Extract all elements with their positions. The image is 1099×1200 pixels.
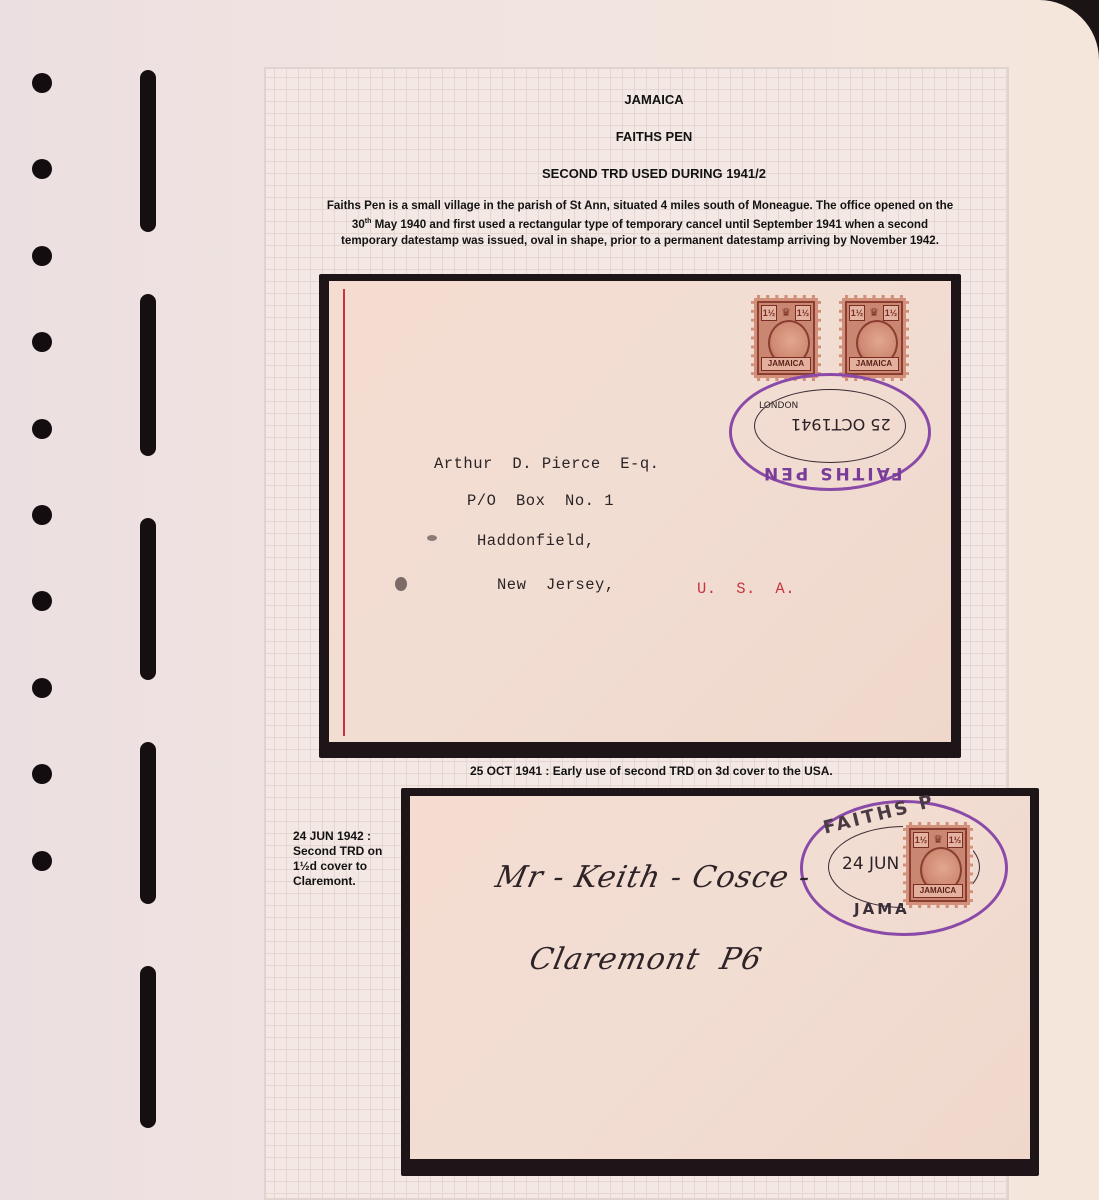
binder-hole — [32, 159, 52, 179]
album-page: JAMAICA FAITHS PEN SECOND TRD USED DURIN… — [0, 0, 1099, 1200]
stamp-value: 1½ — [947, 832, 963, 848]
cover1-postmark-date: 25 OCT1941 — [791, 415, 891, 434]
crown-icon: ♛ — [869, 306, 879, 319]
stamp-value: 1½ — [795, 305, 811, 321]
cover1-country: U. S. A. — [697, 580, 795, 598]
cover2-address-line: Mr - Keith - Cosce - — [492, 860, 814, 895]
cover1-envelope: 1½ 1½ ♛ JAMAICA 1½ 1½ ♛ JAMAICA LONDON 2… — [329, 281, 951, 742]
section-heading: SECOND TRD USED DURING 1941/2 — [264, 166, 1044, 181]
stamp-value: 1½ — [849, 305, 865, 321]
cover2-address-line: Claremont P6 — [526, 942, 765, 977]
binder-hole — [32, 851, 52, 871]
binder-hole — [32, 419, 52, 439]
binder-hole — [32, 73, 52, 93]
stamp-country: JAMAICA — [761, 357, 811, 371]
cover1-postmark-inner-text: LONDON — [759, 401, 798, 411]
stamp-value: 1½ — [913, 832, 929, 848]
binder-hole — [32, 246, 52, 266]
cover1-address-line: New Jersey, — [497, 576, 615, 594]
binder-hole — [32, 332, 52, 352]
cover1-red-margin-line — [343, 289, 345, 736]
intro-paragraph: Faiths Pen is a small village in the par… — [325, 198, 955, 249]
cover1-address-line: Arthur D. Pierce E-q. — [434, 455, 659, 473]
binder-hole — [32, 764, 52, 784]
ink-smudge — [395, 577, 407, 591]
cover1-stamp-1: 1½ 1½ ♛ JAMAICA — [751, 295, 821, 381]
stamp-country: JAMAICA — [913, 884, 963, 898]
cover1-address-line: Haddonfield, — [477, 532, 595, 550]
binder-slot — [140, 70, 156, 232]
intro-text-2: May 1940 and first used a rectangular ty… — [341, 218, 939, 247]
cover2-side-caption: 24 JUN 1942 : Second TRD on 1½d cover to… — [293, 829, 403, 889]
stamp-country: JAMAICA — [849, 357, 899, 371]
cover1-stamp-2: 1½ 1½ ♛ JAMAICA — [839, 295, 909, 381]
binder-slot — [140, 294, 156, 456]
cover2-postmark-ring-bottom: JAMA — [854, 900, 910, 918]
cover1-postmark-ring-text: FAITHS PEN — [761, 463, 902, 483]
crown-icon: ♛ — [933, 833, 943, 846]
binder-hole — [32, 505, 52, 525]
page-subtitle: FAITHS PEN — [264, 129, 1044, 144]
stamp-value: 1½ — [883, 305, 899, 321]
binder-slot — [140, 742, 156, 904]
cover2-envelope: 24 JUN 194 FAITHS P JAMA 1½ 1½ ♛ JAMAICA… — [410, 796, 1030, 1159]
binder-hole — [32, 591, 52, 611]
crown-icon: ♛ — [781, 306, 791, 319]
binder-hole — [32, 678, 52, 698]
stamp-value: 1½ — [761, 305, 777, 321]
ink-smudge — [427, 535, 437, 541]
binder-slot — [140, 518, 156, 680]
cover1-caption: 25 OCT 1941 : Early use of second TRD on… — [470, 764, 833, 778]
binder-slot — [140, 966, 156, 1128]
page-title: JAMAICA — [264, 92, 1044, 107]
cover2-stamp: 1½ 1½ ♛ JAMAICA — [903, 822, 973, 908]
cover1-address-line: P/O Box No. 1 — [467, 492, 614, 510]
